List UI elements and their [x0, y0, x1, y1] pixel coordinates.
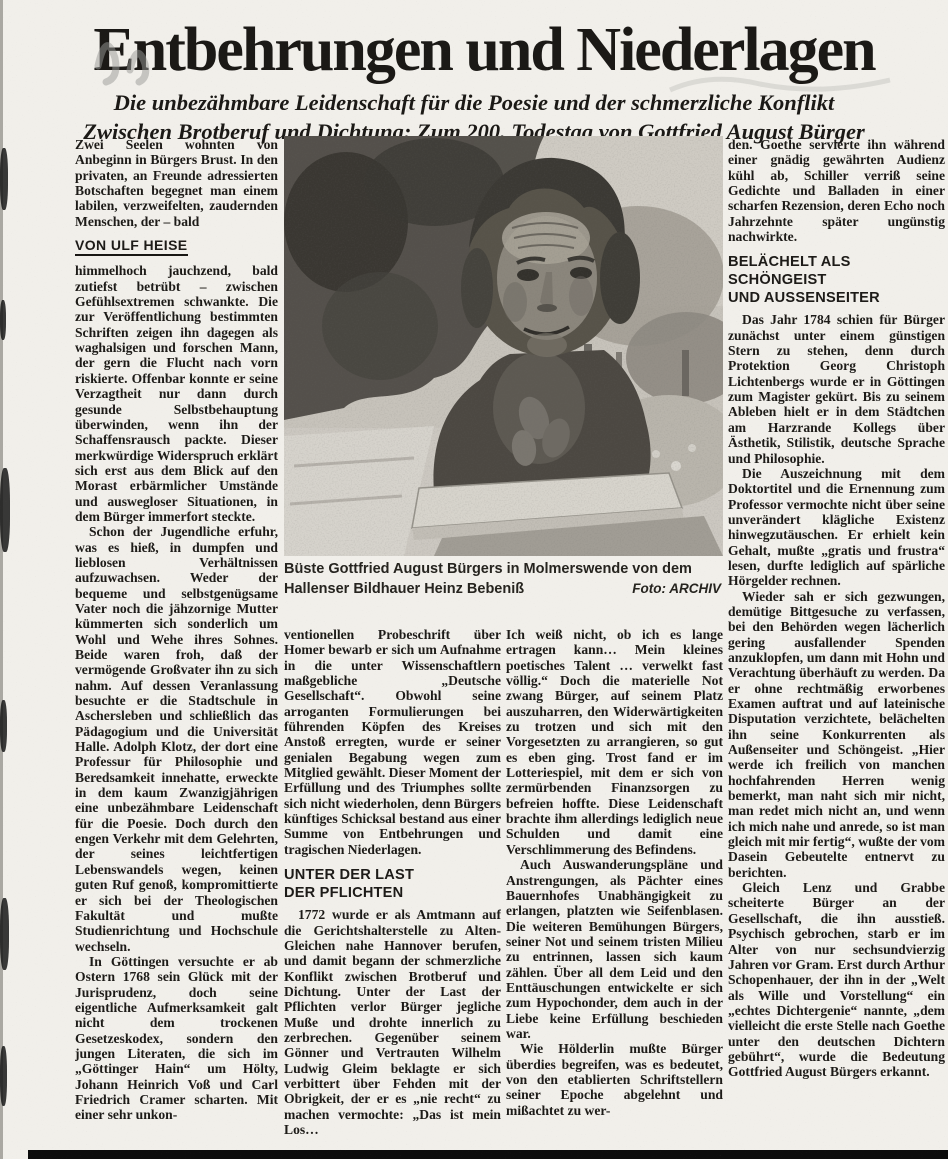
photo-caption-text: Büste Gottfried August Bürgers in Molmer…: [284, 561, 692, 597]
photo-credit: Foto: ARCHIV: [632, 579, 721, 599]
edge-mark: [0, 148, 8, 210]
section-heading-line: UND AUSSENSEITER: [728, 289, 945, 307]
paragraph: Ich weiß nicht, ob ich es lange ertragen…: [506, 627, 723, 857]
paragraph: Gleich Lenz und Grabbe scheiterte Bürger…: [728, 880, 945, 1079]
newspaper-page: Entbehrungen und Niederlagen Die unbezäh…: [0, 0, 948, 1159]
paragraph: Schon der Jugendliche erfuhr, was es hie…: [75, 524, 278, 954]
lead-paragraph: Zwei Seelen wohnten von Anbeginn in Bürg…: [75, 137, 278, 229]
bottom-edge-bar: [28, 1150, 948, 1159]
section-heading-belaechelt: BELÄCHELT ALS SCHÖNGEIST UND AUSSENSEITE…: [728, 253, 945, 307]
paragraph: himmelhoch jauchzend, bald zutiefst betr…: [75, 263, 278, 524]
edge-mark: [0, 700, 7, 752]
paragraph: Wie Hölderlin mußte Bürger überdies begr…: [506, 1041, 723, 1118]
paragraph: Wieder sah er sich gezwungen, demütige B…: [728, 589, 945, 881]
paragraph: 1772 wurde er als Amtmann auf die Gerich…: [284, 907, 501, 1137]
edge-mark: [0, 300, 6, 340]
section-heading-line: UNTER DER LAST: [284, 866, 501, 884]
subtitle-line-1: Die unbezähmbare Leidenschaft für die Po…: [0, 88, 948, 117]
paragraph: den. Goethe servierte ihn während einer …: [728, 137, 945, 244]
section-heading-line: BELÄCHELT ALS SCHÖNGEIST: [728, 253, 945, 289]
article-column-1: Zwei Seelen wohnten von Anbeginn in Bürg…: [75, 137, 278, 1149]
paragraph: ventionellen Probeschrift über Homer bew…: [284, 627, 501, 857]
edge-mark: [0, 898, 9, 970]
article-column-2: ventionellen Probeschrift über Homer bew…: [284, 627, 501, 1149]
byline-text: VON ULF HEISE: [75, 237, 188, 256]
section-heading-line: DER PFLICHTEN: [284, 884, 501, 902]
article-column-4: den. Goethe servierte ihn während einer …: [728, 137, 945, 1149]
paragraph: In Göttingen versuchte er ab Ostern 1768…: [75, 954, 278, 1123]
bust-photo: [284, 136, 723, 556]
photo-caption: Büste Gottfried August Bürgers in Molmer…: [284, 559, 723, 603]
edge-mark: [0, 468, 10, 552]
paragraph: Auch Auswanderungspläne und Anstrengunge…: [506, 857, 723, 1041]
paragraph: Die Auszeichnung mit dem Doktortitel und…: [728, 466, 945, 589]
article-column-3: Ich weiß nicht, ob ich es lange ertragen…: [506, 627, 723, 1149]
section-heading-unter-der-last: UNTER DER LAST DER PFLICHTEN: [284, 866, 501, 902]
bust-photo-art: [284, 136, 723, 556]
byline: VON ULF HEISE: [75, 238, 278, 253]
edge-mark: [0, 1046, 7, 1106]
page-title: Entbehrungen und Niederlagen: [30, 16, 938, 84]
paragraph: Das Jahr 1784 schien für Bürger zunächst…: [728, 312, 945, 465]
